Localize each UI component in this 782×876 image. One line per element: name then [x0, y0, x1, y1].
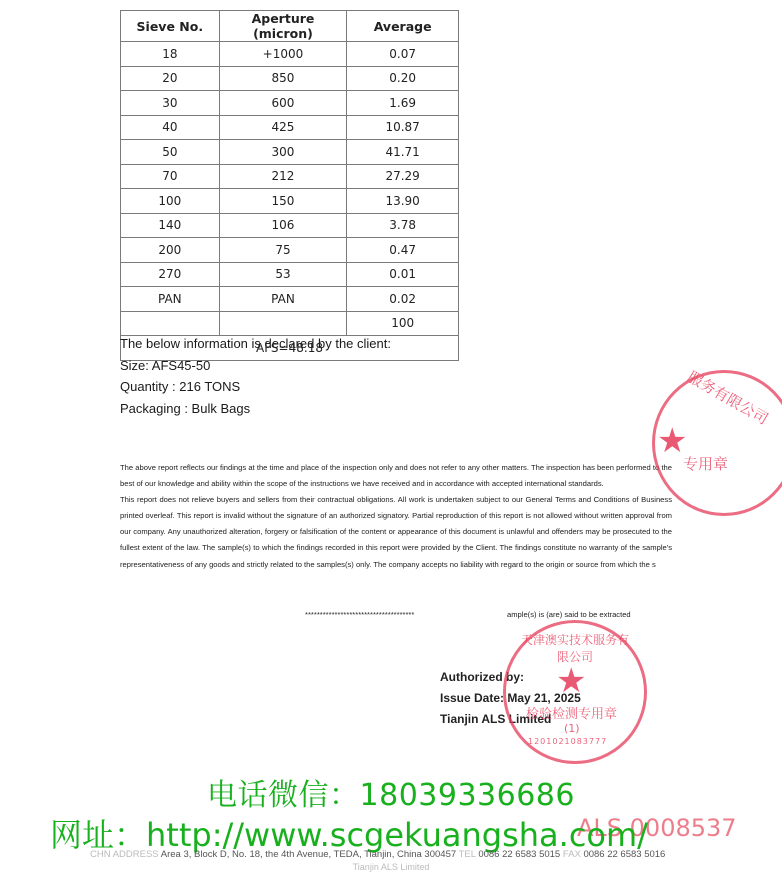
seal-code: 1201021083777 — [528, 737, 607, 746]
aperture-cell: +1000 — [219, 42, 347, 67]
aperture-cell: 300 — [219, 140, 347, 165]
sieve-no-cell: 270 — [121, 262, 220, 287]
extracted-note: ample(s) is (are) said to be extracted — [507, 610, 631, 619]
average-cell: 0.07 — [347, 42, 459, 67]
company-seal: 天津澳实技术服务有限公司 ★ 检验检测专用章 (1) 1201021083777 — [503, 620, 647, 764]
table-row: 1401063.78 — [121, 213, 459, 238]
fax-label: FAX — [563, 849, 581, 860]
seal-center-text: 检验检测专用章 — [526, 703, 617, 722]
average-cell: 0.20 — [347, 66, 459, 91]
sieve-no-cell: 100 — [121, 189, 220, 214]
footer-company: Tianjin ALS Limited — [0, 862, 782, 872]
table-row: 4042510.87 — [121, 115, 459, 140]
sieve-no-cell: 20 — [121, 66, 220, 91]
table-row: 270530.01 — [121, 262, 459, 287]
table-row: 200750.47 — [121, 238, 459, 263]
aperture-cell: 106 — [219, 213, 347, 238]
declared-quantity: Quantity : 216 TONS — [120, 376, 391, 398]
declaration-intro: The below information is declared by the… — [120, 333, 391, 355]
seal-star-icon: ★ — [556, 661, 586, 701]
seal-ring-text: 天津澳实技术服务有限公司 — [520, 631, 630, 665]
average-cell: 3.78 — [347, 213, 459, 238]
declared-packaging: Packaging : Bulk Bags — [120, 398, 391, 420]
sieve-no-cell: 30 — [121, 91, 220, 116]
client-declaration: The below information is declared by the… — [120, 333, 391, 419]
header-average: Average — [347, 11, 459, 42]
table-row: 7021227.29 — [121, 164, 459, 189]
sieve-no-cell — [121, 311, 220, 336]
stars: ************************************* — [305, 610, 414, 619]
table-row: 100 — [121, 311, 459, 336]
stars-line: ************************************* am… — [305, 610, 414, 619]
table-row: 10015013.90 — [121, 189, 459, 214]
average-cell: 13.90 — [347, 189, 459, 214]
average-cell: 41.71 — [347, 140, 459, 165]
sieve-no-cell: 50 — [121, 140, 220, 165]
aperture-cell: 75 — [219, 238, 347, 263]
table-row: 18+10000.07 — [121, 42, 459, 67]
average-cell: 27.29 — [347, 164, 459, 189]
table-row: 5030041.71 — [121, 140, 459, 165]
watermark-phone: 电话微信：18039336686 — [0, 770, 782, 814]
table-header-row: Sieve No. Aperture (micron) Average — [121, 11, 459, 42]
sieve-no-cell: 140 — [121, 213, 220, 238]
table-row: PANPAN0.02 — [121, 287, 459, 312]
sieve-analysis-table: Sieve No. Aperture (micron) Average 18+1… — [120, 10, 459, 361]
aperture-cell: PAN — [219, 287, 347, 312]
aperture-cell: 850 — [219, 66, 347, 91]
sieve-no-cell: PAN — [121, 287, 220, 312]
table-row: 208500.20 — [121, 66, 459, 91]
sieve-no-cell: 40 — [121, 115, 220, 140]
average-cell: 1.69 — [347, 91, 459, 116]
header-sieve-no: Sieve No. — [121, 11, 220, 42]
sieve-no-cell: 70 — [121, 164, 220, 189]
fax-value: 0086 22 6583 5016 — [583, 849, 665, 860]
sieve-table-body: 18+10000.07208500.20306001.694042510.875… — [121, 42, 459, 336]
seal-side-ring-text: 服务有限公司 — [684, 366, 772, 429]
disclaimer-paragraph-2: This report does not relieve buyers and … — [120, 492, 672, 572]
sieve-no-cell: 18 — [121, 42, 220, 67]
declared-size: Size: AFS45-50 — [120, 355, 391, 377]
seal-side-center-text: 专用章 — [683, 453, 728, 474]
sieve-no-cell: 200 — [121, 238, 220, 263]
average-cell: 0.01 — [347, 262, 459, 287]
disclaimer: The above report reflects our findings a… — [120, 460, 672, 573]
average-cell: 0.02 — [347, 287, 459, 312]
seal-number: (1) — [564, 722, 580, 735]
header-aperture: Aperture (micron) — [219, 11, 347, 42]
average-cell: 10.87 — [347, 115, 459, 140]
average-cell: 100 — [347, 311, 459, 336]
aperture-cell — [219, 311, 347, 336]
average-cell: 0.47 — [347, 238, 459, 263]
address-value: Area 3, Block D, No. 18, the 4th Avenue,… — [161, 849, 456, 860]
address-label: CHN ADDRESS — [90, 849, 159, 860]
aperture-cell: 425 — [219, 115, 347, 140]
aperture-cell: 150 — [219, 189, 347, 214]
footer-address: CHN ADDRESS Area 3, Block D, No. 18, the… — [90, 849, 665, 860]
aperture-cell: 53 — [219, 262, 347, 287]
aperture-cell: 212 — [219, 164, 347, 189]
tel-label: TEL — [459, 849, 476, 860]
disclaimer-paragraph-1: The above report reflects our findings a… — [120, 460, 672, 492]
tel-value: 0086 22 6583 5015 — [478, 849, 560, 860]
table-row: 306001.69 — [121, 91, 459, 116]
aperture-cell: 600 — [219, 91, 347, 116]
